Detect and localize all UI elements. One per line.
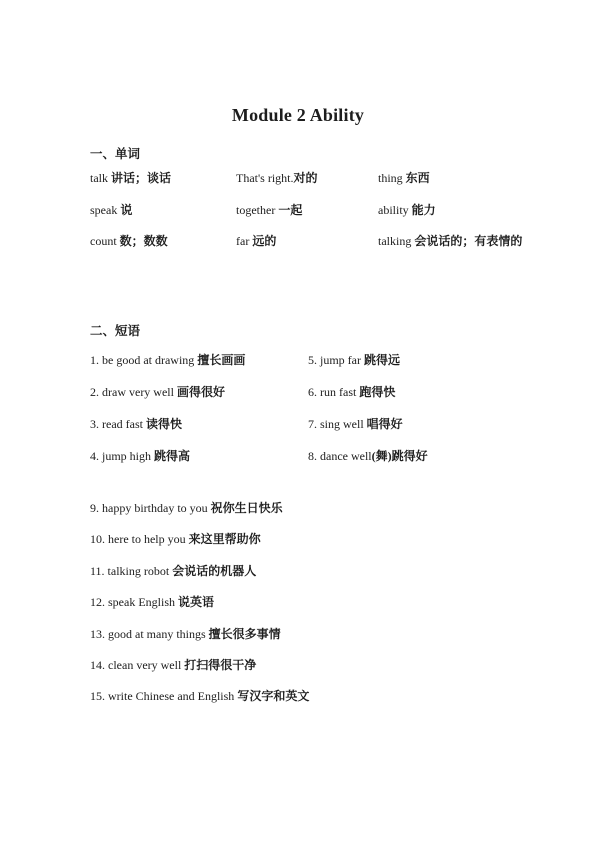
- phrase-chinese: 跳得远: [364, 353, 400, 367]
- phrase-chinese: 说英语: [178, 595, 214, 609]
- phrase-english: 8. dance well: [308, 449, 372, 463]
- word-english: together: [236, 203, 278, 217]
- phrase-chinese: 祝你生日快乐: [211, 501, 283, 515]
- phrase-english: 13. good at many things: [90, 627, 209, 641]
- phrases-list-top: 1. be good at drawing 擅长画画 5. jump far 跳…: [90, 344, 530, 472]
- phrase-chinese: 擅长画画: [197, 353, 245, 367]
- document-page: Module 2 Ability 一、单词 talk 讲话；谈话 That's …: [0, 0, 596, 842]
- phrase-item: 4. jump high 跳得高: [90, 440, 308, 472]
- phrase-chinese: (舞)跳得好: [372, 449, 428, 463]
- phrase-item: 1. be good at drawing 擅长画画: [90, 344, 308, 376]
- word-english: speak: [90, 203, 120, 217]
- word-chinese: 会说话的；有表情的: [414, 234, 522, 248]
- word-english: thing: [378, 171, 406, 185]
- phrase-english: 10. here to help you: [90, 532, 189, 546]
- word-chinese: 一起: [278, 203, 302, 217]
- phrase-english: 11. talking robot: [90, 564, 172, 578]
- phrase-item: 5. jump far 跳得远: [308, 344, 530, 376]
- phrase-english: 2. draw very well: [90, 385, 177, 399]
- phrase-item: 15. write Chinese and English 写汉字和英文: [90, 681, 309, 712]
- phrase-english: 5. jump far: [308, 353, 364, 367]
- word-item: count 数；数数: [90, 226, 236, 258]
- word-english: ability: [378, 203, 412, 217]
- phrase-chinese: 擅长很多事情: [209, 627, 281, 641]
- phrase-item: 7. sing well 唱得好: [308, 408, 530, 440]
- word-english: That's right.: [236, 171, 294, 185]
- phrase-english: 15. write Chinese and English: [90, 689, 237, 703]
- phrase-english: 12. speak English: [90, 595, 178, 609]
- word-chinese: 对的: [294, 171, 318, 185]
- phrase-chinese: 跳得高: [154, 449, 190, 463]
- word-chinese: 讲话；谈话: [111, 171, 171, 185]
- word-item: talk 讲话；谈话: [90, 163, 236, 195]
- word-chinese: 数；数数: [120, 234, 168, 248]
- word-item: ability 能力: [378, 195, 550, 227]
- word-item: thing 东西: [378, 163, 550, 195]
- phrase-chinese: 读得快: [146, 417, 182, 431]
- word-chinese: 东西: [406, 171, 430, 185]
- section-phrases-heading: 二、短语: [90, 321, 140, 339]
- phrase-item: 9. happy birthday to you 祝你生日快乐: [90, 493, 309, 524]
- phrase-item: 8. dance well(舞)跳得好: [308, 440, 530, 472]
- phrase-chinese: 画得很好: [177, 385, 225, 399]
- word-english: talk: [90, 171, 111, 185]
- phrase-english: 14. clean very well: [90, 658, 184, 672]
- word-english: count: [90, 234, 120, 248]
- phrase-chinese: 打扫得很干净: [184, 658, 256, 672]
- phrase-english: 9. happy birthday to you: [90, 501, 211, 515]
- phrase-english: 4. jump high: [90, 449, 154, 463]
- phrase-english: 7. sing well: [308, 417, 367, 431]
- phrases-list-bottom: 9. happy birthday to you 祝你生日快乐 10. here…: [90, 493, 309, 713]
- word-chinese: 远的: [252, 234, 276, 248]
- phrase-english: 1. be good at drawing: [90, 353, 197, 367]
- phrase-item: 12. speak English 说英语: [90, 587, 309, 618]
- phrase-chinese: 会说话的机器人: [172, 564, 256, 578]
- word-item: speak 说: [90, 195, 236, 227]
- phrase-item: 6. run fast 跑得快: [308, 376, 530, 408]
- section-words-heading: 一、单词: [90, 144, 140, 162]
- word-english: talking: [378, 234, 414, 248]
- phrase-item: 14. clean very well 打扫得很干净: [90, 650, 309, 681]
- phrase-english: 6. run fast: [308, 385, 359, 399]
- phrase-english: 3. read fast: [90, 417, 146, 431]
- word-item: That's right.对的: [236, 163, 378, 195]
- word-item: talking 会说话的；有表情的: [378, 226, 550, 258]
- phrase-chinese: 跑得快: [359, 385, 395, 399]
- word-chinese: 能力: [412, 203, 436, 217]
- word-chinese: 说: [120, 203, 132, 217]
- phrase-item: 10. here to help you 来这里帮助你: [90, 524, 309, 555]
- word-item: far 远的: [236, 226, 378, 258]
- phrase-item: 3. read fast 读得快: [90, 408, 308, 440]
- word-item: together 一起: [236, 195, 378, 227]
- word-english: far: [236, 234, 252, 248]
- phrase-item: 13. good at many things 擅长很多事情: [90, 619, 309, 650]
- phrase-chinese: 唱得好: [367, 417, 403, 431]
- document-title: Module 2 Ability: [0, 105, 596, 126]
- phrase-chinese: 来这里帮助你: [189, 532, 261, 546]
- phrase-chinese: 写汉字和英文: [237, 689, 309, 703]
- phrase-item: 11. talking robot 会说话的机器人: [90, 556, 309, 587]
- words-list: talk 讲话；谈话 That's right.对的 thing 东西 spea…: [90, 163, 550, 258]
- phrase-item: 2. draw very well 画得很好: [90, 376, 308, 408]
